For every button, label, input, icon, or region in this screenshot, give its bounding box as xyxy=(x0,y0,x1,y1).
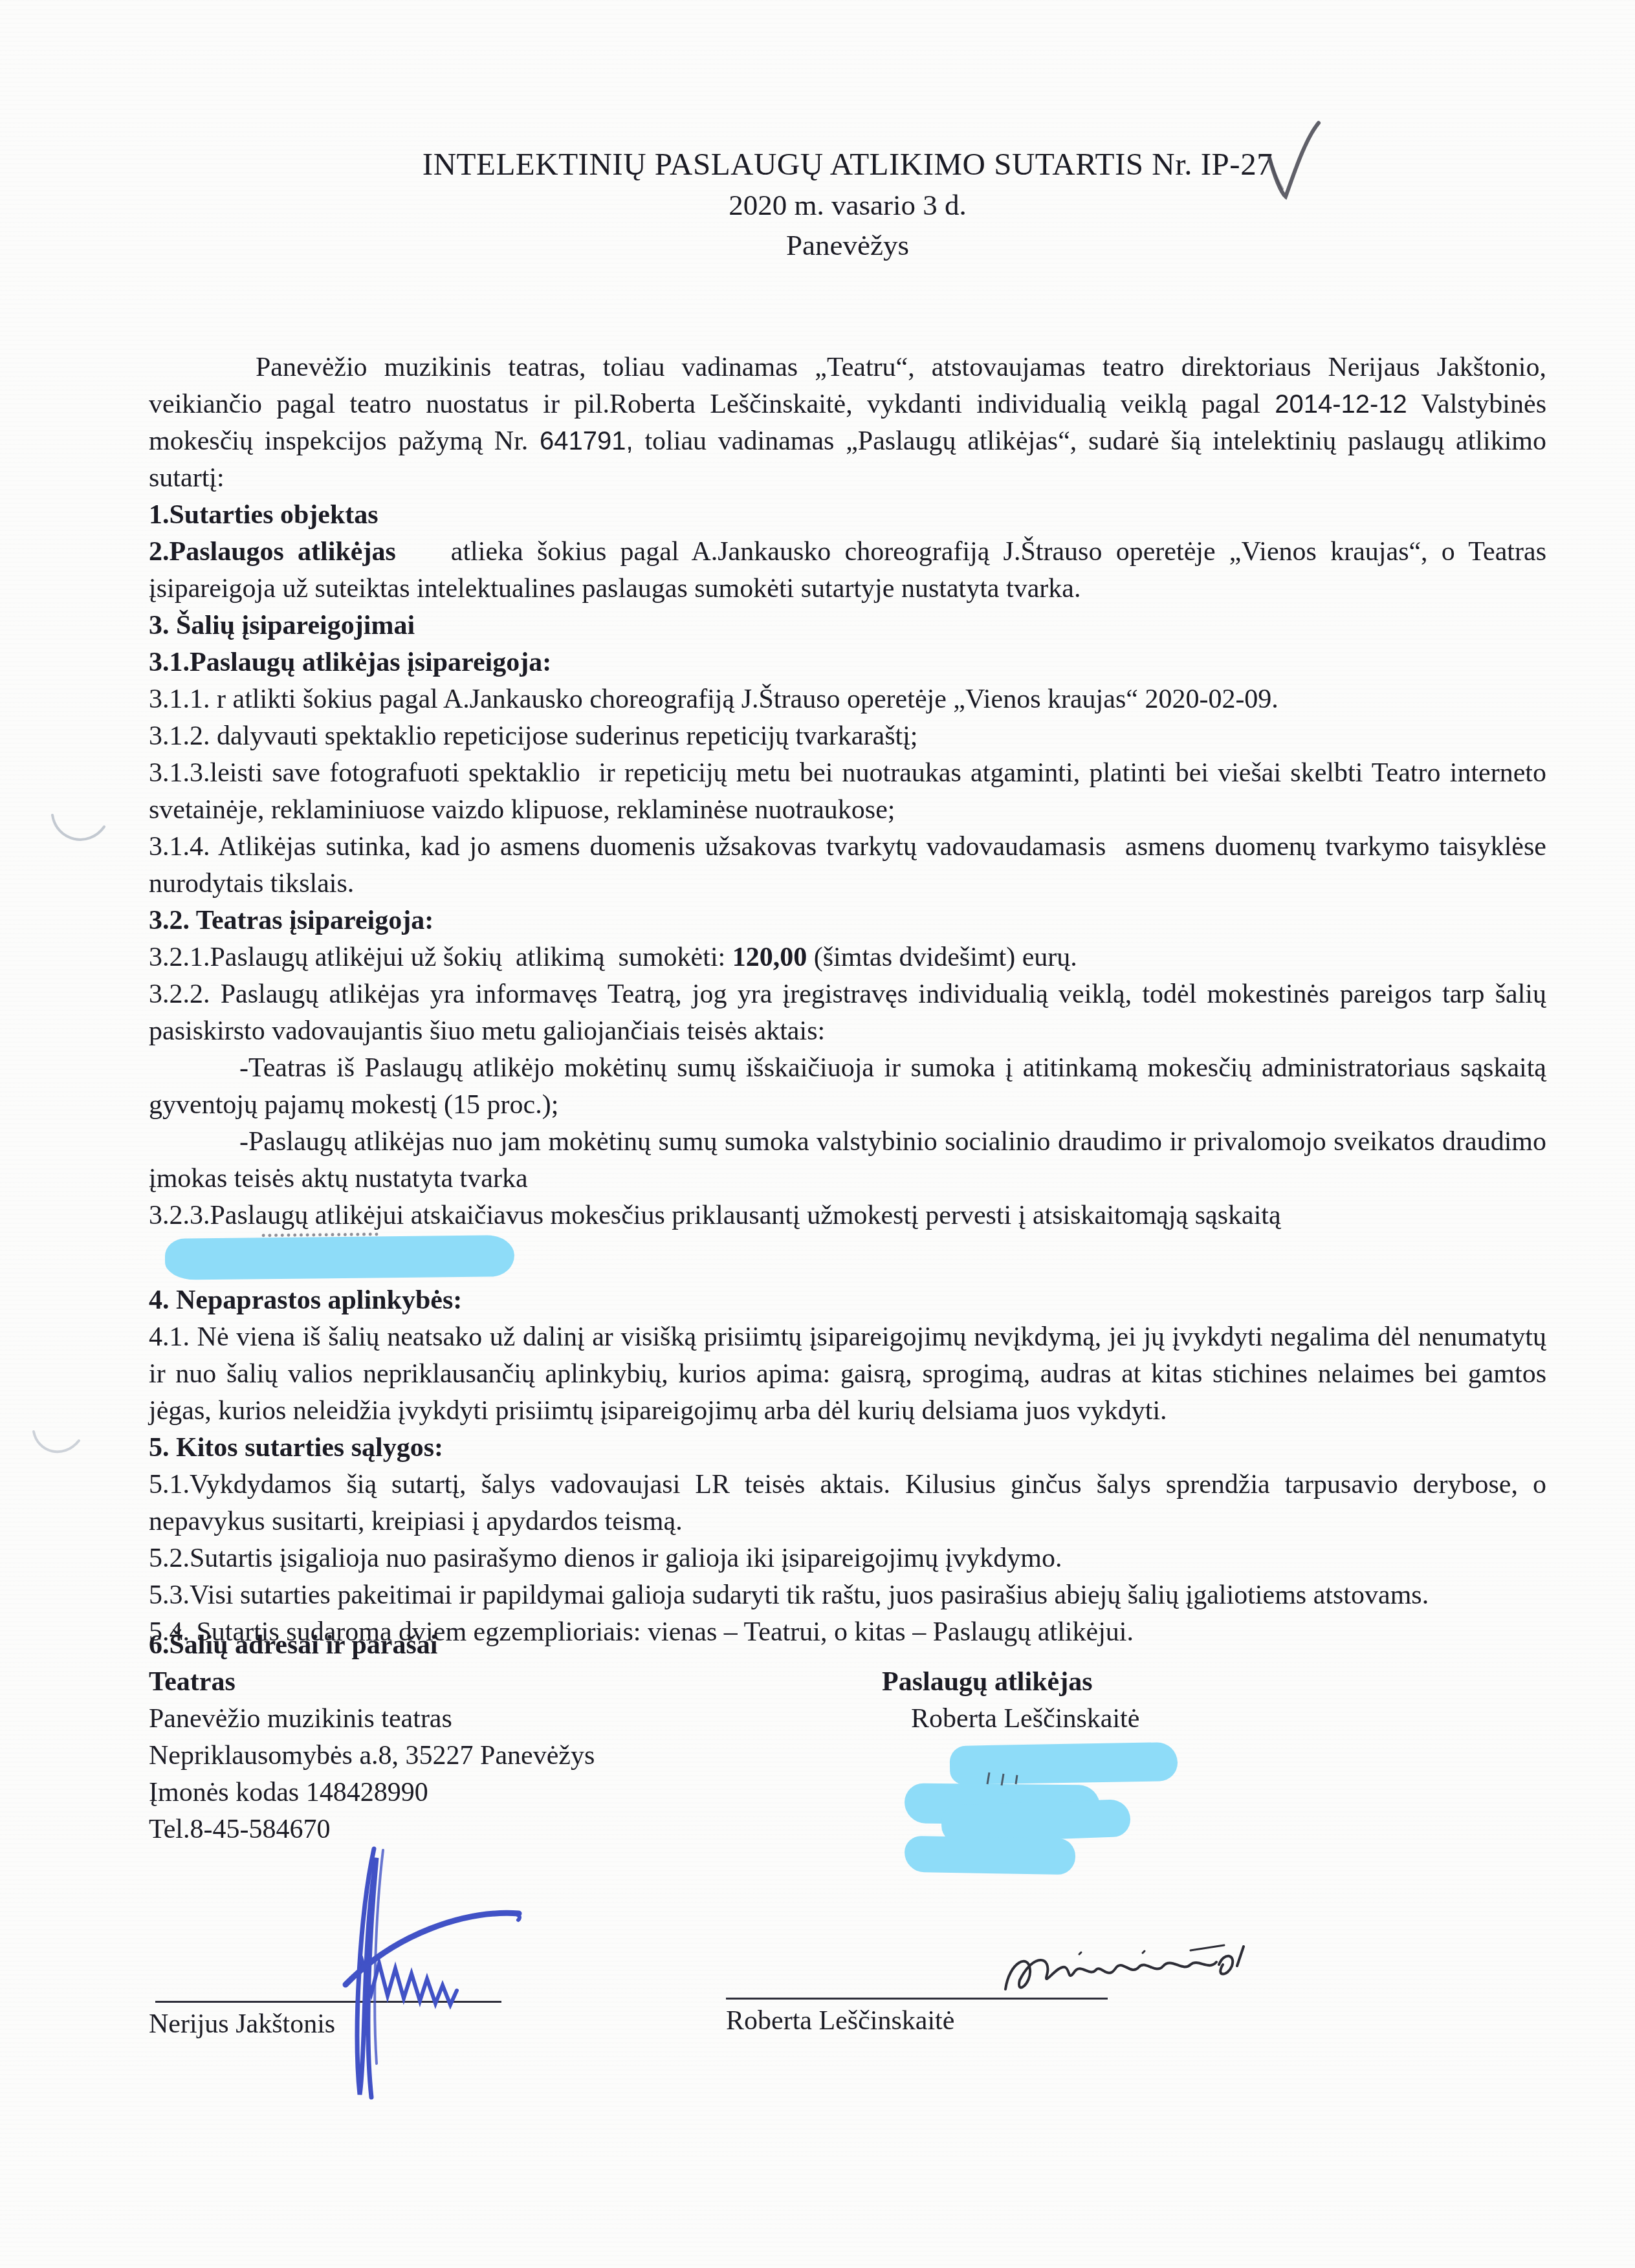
theatre-address: Nepriklausomybės a.8, 35227 Panevėžys xyxy=(149,1738,595,1774)
margin-arc-artifact xyxy=(31,1426,84,1467)
paragraph: 1.Sutarties objektas xyxy=(149,497,1546,534)
signer-name-right: Roberta Leščinskaitė xyxy=(726,2005,954,2036)
contract-date: 2020 m. vasario 3 d. xyxy=(149,185,1546,225)
contract-page: INTELEKTINIŲ PASLAUGŲ ATLIKIMO SUTARTIS … xyxy=(0,0,1635,2268)
paragraph: 2.Paslaugos atlikėjas atlieka šokius pag… xyxy=(149,534,1546,607)
paragraph: 3.2.3.Paslaugų atlikėjui atskaičiavus mo… xyxy=(149,1197,1546,1234)
paragraph: -Paslaugų atlikėjas nuo jam mokėtinų sum… xyxy=(149,1124,1546,1197)
paragraph: 3.2.2. Paslaugų atlikėjas yra informavęs… xyxy=(149,976,1546,1050)
paragraph: 3.1.1. r atlikti šokius pagal A.Jankausk… xyxy=(149,681,1546,718)
theatre-name: Panevėžio muzikinis teatras xyxy=(149,1701,595,1738)
paragraph: 5.3.Visi sutarties pakeitimai ir papildy… xyxy=(149,1577,1546,1614)
party-label-performer: Paslaugų atlikėjas xyxy=(882,1664,1139,1701)
addresses-heading: 6.Šalių adresai ir parašai xyxy=(149,1627,595,1664)
theatre-company-code: Įmonės kodas 148428990 xyxy=(149,1774,595,1811)
performer-signature xyxy=(996,1937,1281,2009)
addresses-left-column: 6.Šalių adresai ir parašai Teatras Panev… xyxy=(149,1627,595,1848)
paragraph: 3.2.1.Paslaugų atlikėjui už šokių atliki… xyxy=(149,939,1546,976)
contract-body: Panevėžio muzikinis teatras, toliau vadi… xyxy=(149,349,1546,1651)
paragraph: 4.1. Nė viena iš šalių neatsako už dalin… xyxy=(149,1319,1546,1430)
paragraph: 5.1.Vykdydamos šią sutartį, šalys vadova… xyxy=(149,1467,1546,1540)
paragraph: 3.1.3.leisti save fotografuoti spektakli… xyxy=(149,755,1546,829)
paragraph: 5.2.Sutartis įsigalioja nuo pasirašymo d… xyxy=(149,1540,1546,1577)
signer-name-left: Nerijus Jakštonis xyxy=(149,2009,335,2040)
paragraph: 3.2. Teatras įsipareigoja: xyxy=(149,902,1546,939)
paragraph: 3.1.2. dalyvauti spektaklio repeticijose… xyxy=(149,718,1546,755)
paragraph: Panevėžio muzikinis teatras, toliau vadi… xyxy=(149,349,1546,497)
handwritten-checkmark-icon xyxy=(1263,118,1325,208)
paragraph: 3.1.4. Atlikėjas sutinka, kad jo asmens … xyxy=(149,829,1546,902)
director-signature xyxy=(324,1844,543,2106)
party-label-theatre: Teatras xyxy=(149,1664,595,1701)
paragraph: -Teatras iš Paslaugų atlikėjo mokėtinų s… xyxy=(149,1050,1546,1124)
covered-dotted-line xyxy=(262,1232,379,1237)
paragraph: 4. Nepaprastos aplinkybės: xyxy=(149,1282,1546,1319)
paragraph: 3. Šalių įsipareigojimai xyxy=(149,607,1546,644)
paragraph: 5. Kitos sutarties sąlygos: xyxy=(149,1430,1546,1467)
performer-name: Roberta Leščinskaitė xyxy=(911,1701,1139,1738)
title-block: INTELEKTINIŲ PASLAUGŲ ATLIKIMO SUTARTIS … xyxy=(149,144,1546,265)
redaction-bar xyxy=(165,1235,515,1280)
addresses-right-column: Paslaugų atlikėjas Roberta Leščinskaitė xyxy=(882,1664,1139,1738)
contract-title: INTELEKTINIŲ PASLAUGŲ ATLIKIMO SUTARTIS … xyxy=(149,144,1546,185)
margin-arc-artifact xyxy=(49,810,110,856)
redaction-blob xyxy=(905,1836,1076,1875)
covered-text-fragment xyxy=(983,1771,1029,1787)
paragraph: 3.1.Paslaugų atlikėjas įsipareigoja: xyxy=(149,644,1546,681)
theatre-phone: Tel.8-45-584670 xyxy=(149,1811,595,1848)
contract-city: Panevėžys xyxy=(149,225,1546,265)
